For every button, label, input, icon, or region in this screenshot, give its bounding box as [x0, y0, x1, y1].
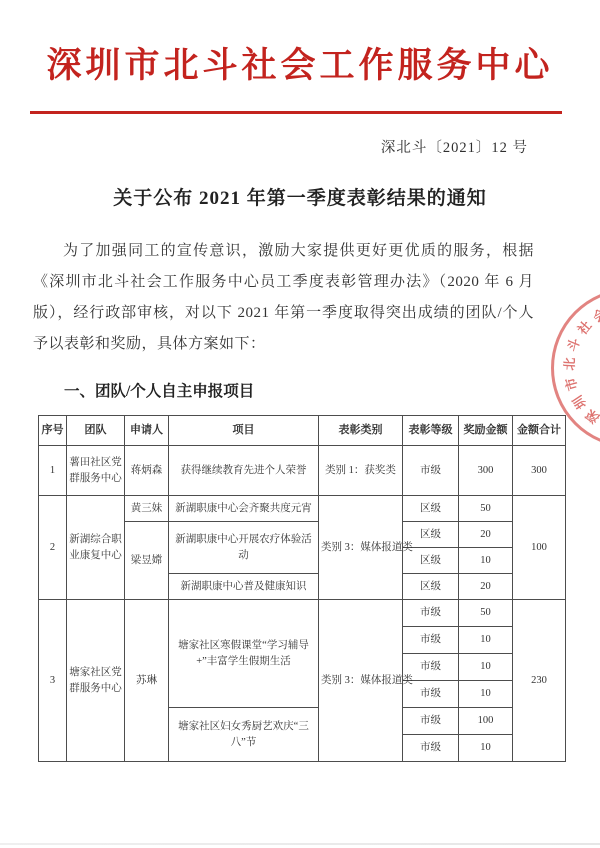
cell-g2-level4: 区级: [403, 574, 459, 600]
cell-g1-no: 1: [39, 446, 67, 496]
stamp-char: 深: [582, 405, 600, 427]
cell-g2-project3: 新湖职康中心普及健康知识: [169, 574, 319, 600]
cell-g3-team: 塘家社区党群服务中心: [67, 600, 125, 762]
section-heading: 一、团队/个人自主申报项目: [64, 379, 600, 401]
notice-title: 关于公布 2021 年第一季度表彰结果的通知: [0, 183, 600, 210]
cell-g2-amount4: 20: [459, 574, 513, 600]
header-total: 金额合计: [513, 416, 566, 446]
table-row: 1 薯田社区党群服务中心 蒋炳森 获得继续教育先进个人荣誉 类别 1：获奖类 市…: [39, 446, 566, 496]
cell-g3-applicant: 苏琳: [125, 600, 169, 762]
cell-g3-project1: 塘家社区寒假课堂“学习辅导+”丰富学生假期生活: [169, 600, 319, 708]
header-applicant: 申请人: [125, 416, 169, 446]
cell-g3-level6: 市级: [403, 735, 459, 762]
cell-g3-no: 3: [39, 600, 67, 762]
award-table: 序号 团队 申请人 项目 表彰类别 表彰等级 奖励金额 金额合计 1 薯田社区党…: [38, 415, 566, 762]
header-amount: 奖励金额: [459, 416, 513, 446]
cell-g1-amount: 300: [459, 446, 513, 496]
letterhead-divider: [30, 111, 562, 114]
cell-g3-amount1: 50: [459, 600, 513, 627]
cell-g1-total: 300: [513, 446, 566, 496]
header-team: 团队: [67, 416, 125, 446]
cell-g2-team: 新湖综合职业康复中心: [67, 496, 125, 600]
cell-g1-applicant: 蒋炳森: [125, 446, 169, 496]
cell-g3-level1: 市级: [403, 600, 459, 627]
table-row: 3 塘家社区党群服务中心 苏琳 塘家社区寒假课堂“学习辅导+”丰富学生假期生活 …: [39, 600, 566, 627]
cell-g2-category: 类别 3：媒体报道类: [319, 496, 403, 600]
doc-number: 深北斗〔2021〕12 号: [0, 136, 600, 157]
cell-g3-project2: 塘家社区妇女秀厨艺欢庆“三八”节: [169, 708, 319, 762]
stamp-char: 斗: [564, 335, 585, 356]
cell-g1-team: 薯田社区党群服务中心: [67, 446, 125, 496]
cell-g3-amount3: 10: [459, 654, 513, 681]
header-category: 表彰类别: [319, 416, 403, 446]
cell-g3-level5: 市级: [403, 708, 459, 735]
cell-g3-total: 230: [513, 600, 566, 762]
cell-g2-amount1: 50: [459, 496, 513, 522]
notice-paragraph: 为了加强同工的宣传意识，激励大家提供更好更优质的服务，根据《深圳市北斗社会工作服…: [33, 236, 534, 360]
cell-g3-amount2: 10: [459, 627, 513, 654]
cell-g3-amount4: 10: [459, 681, 513, 708]
cell-g3-amount5: 100: [459, 708, 513, 735]
cell-g3-level2: 市级: [403, 627, 459, 654]
header-no: 序号: [39, 416, 67, 446]
stamp-char: 北: [562, 356, 579, 373]
cell-g2-applicant2: 梁昱嫦: [125, 522, 169, 600]
stamp-char: 会: [589, 305, 600, 327]
table-row: 2 新湖综合职业康复中心 黄三妹 新湖职康中心会齐聚共度元宵 类别 3：媒体报道…: [39, 496, 566, 522]
cell-g1-category: 类别 1：获奖类: [319, 446, 403, 496]
cell-g2-amount2: 20: [459, 522, 513, 548]
header-level: 表彰等级: [403, 416, 459, 446]
cell-g3-category: 类别 3：媒体报道类: [319, 600, 403, 762]
letterhead-org-name: 深圳市北斗社会工作服务中心: [0, 38, 600, 88]
cell-g2-total: 100: [513, 496, 566, 600]
cell-g2-applicant1: 黄三妹: [125, 496, 169, 522]
scan-edge-artifact: [0, 843, 600, 845]
cell-g1-project: 获得继续教育先进个人荣誉: [169, 446, 319, 496]
cell-g2-project2: 新湖职康中心开展农疗体验活动: [169, 522, 319, 574]
cell-g3-amount6: 10: [459, 735, 513, 762]
cell-g1-level: 市级: [403, 446, 459, 496]
document-page: 深圳市北斗社会工作服务中心 深北斗〔2021〕12 号 关于公布 2021 年第…: [0, 0, 600, 848]
header-project: 项目: [169, 416, 319, 446]
cell-g2-level1: 区级: [403, 496, 459, 522]
stamp-char: 社: [573, 317, 596, 340]
cell-g2-amount3: 10: [459, 548, 513, 574]
cell-g2-no: 2: [39, 496, 67, 600]
cell-g2-project1: 新湖职康中心会齐聚共度元宵: [169, 496, 319, 522]
table-header-row: 序号 团队 申请人 项目 表彰类别 表彰等级 奖励金额 金额合计: [39, 416, 566, 446]
